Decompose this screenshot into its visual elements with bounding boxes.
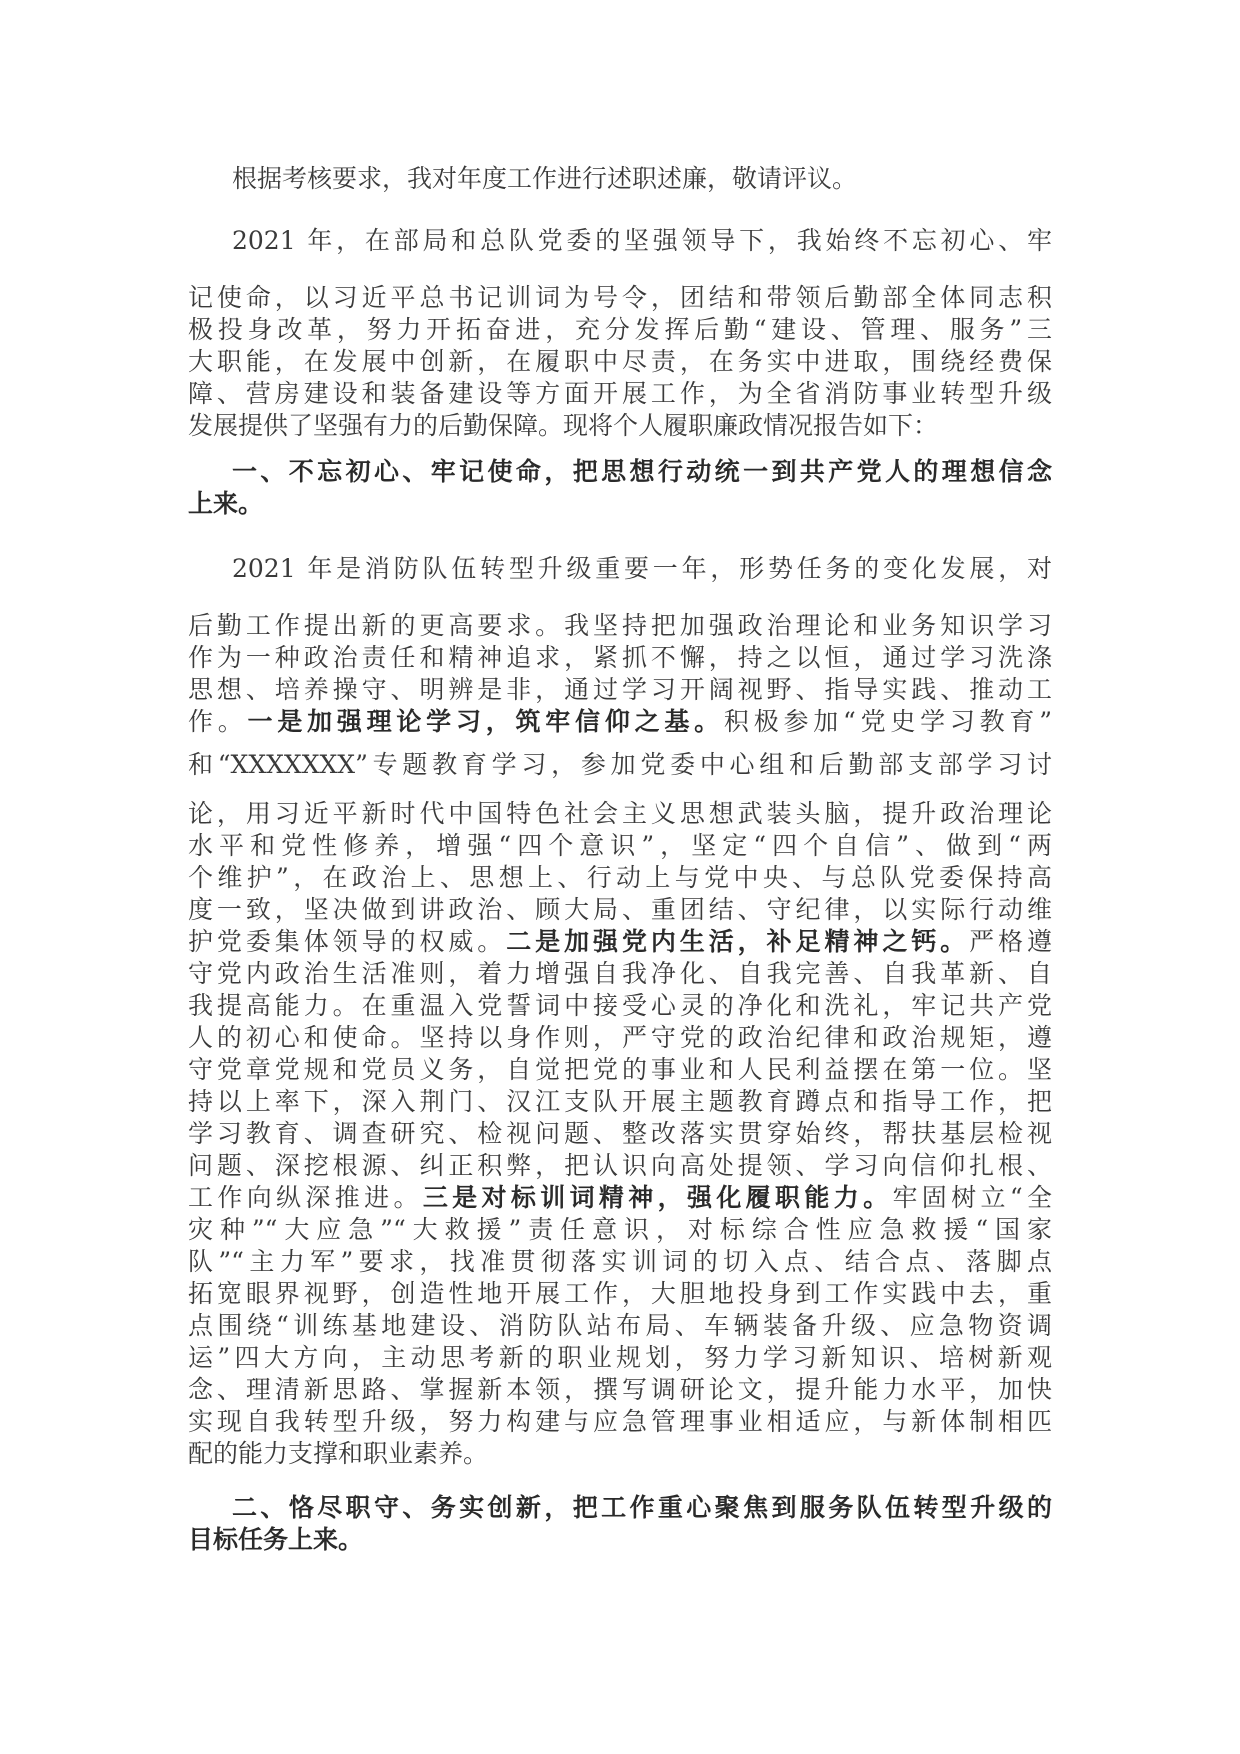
bold-subheading-3: 三是对标训词精神，强化履职能力。 [423,1183,893,1212]
paragraph-1-line: 极投身改革，努力开拓奋进，充分发挥后勤“建设、管理、服务”三 [188,314,1052,346]
paragraph-2-line: 念、理清新思路、掌握新本领，撰写调研论文，提升能力水平，加快 [188,1374,1052,1406]
paragraph-2-line: 学习教育、调查研究、检视问题、整改落实贯穿始终，帮扶基层检视 [188,1118,1052,1150]
text: 严格遵 [969,927,1052,956]
paragraph-2-line: 守党章党规和党员义务，自觉把党的事业和人民利益摆在第一位。坚 [188,1054,1052,1086]
paragraph-2-line: 2021 年是消防队伍转型升级重要一年，形势任务的变化发展，对 [232,553,1052,585]
paragraph-2-line: 水平和党性修养，增强“四个意识”，坚定“四个自信”、做到“两 [188,830,1052,862]
paragraph-2-line: 护党委集体领导的权威。二是加强党内生活，补足精神之钙。严格遵 [188,926,1052,958]
paragraph-2-line: 和“XXXXXXX”专题教育学习，参加党委中心组和后勤部支部学习讨 [188,749,1052,781]
paragraph-2-line: 思想、培养操守、明辨是非，通过学习开阔视野、指导实践、推动工 [188,674,1052,706]
paragraph-1-line: 2021 年，在部局和总队党委的坚强领导下，我始终不忘初心、牢 [232,225,1052,257]
paragraph-2-line: 持以上率下，深入荆门、汉江支队开展主题教育蹲点和指导工作，把 [188,1086,1052,1118]
text: 护党委集体领导的权威。 [188,927,506,956]
paragraph-2-line: 运”四大方向，主动思考新的职业规划，努力学习新知识、培树新观 [188,1342,1052,1374]
paragraph-1-line: 大职能，在发展中创新，在履职中尽责，在务实中进取，围绕经费保 [188,346,1052,378]
paragraph-2-line: 灾种”“大应急”“大救援”责任意识，对标综合性应急救援“国家 [188,1214,1052,1246]
paragraph-2-line: 作为一种政治责任和精神追求，紧抓不懈，持之以恒，通过学习洗涤 [188,642,1052,674]
document-page: 根据考核要求，我对年度工作进行述职述廉，敬请评议。 2021 年，在部局和总队党… [0,0,1240,1754]
text: 工作向纵深推进。 [188,1183,423,1212]
paragraph-2-line: 配的能力支撑和职业素养。 [188,1438,1052,1470]
paragraph-2-line: 队”“主力军”要求，找准贯彻落实训词的切入点、结合点、落脚点 [188,1246,1052,1278]
paragraph-2-line: 人的初心和使命。坚持以身作则，严守党的政治纪律和政治规矩，遵 [188,1022,1052,1054]
paragraph-2-line: 拓宽眼界视野，创造性地开展工作，大胆地投身到工作实践中去，重 [188,1278,1052,1310]
paragraph-2-line: 工作向纵深推进。三是对标训词精神，强化履职能力。牢固树立“全 [188,1182,1052,1214]
paragraph-2-line: 守党内政治生活准则，着力增强自我净化、自我完善、自我革新、自 [188,958,1052,990]
paragraph-2-line: 我提高能力。在重温入党誓词中接受心灵的净化和洗礼，牢记共产党 [188,990,1052,1022]
section-heading-2: 目标任务上来。 [188,1524,1052,1556]
paragraph-2-line: 论，用习近平新时代中国特色社会主义思想武装头脑，提升政治理论 [188,798,1052,830]
paragraph-1-line: 障、营房建设和装备建设等方面开展工作，为全省消防事业转型升级 [188,378,1052,410]
bold-subheading-2: 二是加强党内生活，补足精神之钙。 [506,927,969,956]
intro-paragraph: 根据考核要求，我对年度工作进行述职述廉，敬请评议。 [232,163,1052,195]
paragraph-2-line: 点围绕“训练基地建设、消防队站布局、车辆装备升级、应急物资调 [188,1310,1052,1342]
section-heading-2: 二、恪尽职守、务实创新，把工作重心聚焦到服务队伍转型升级的 [232,1492,1052,1524]
section-heading-1: 上来。 [188,488,1052,520]
text: 作。 [188,707,248,736]
paragraph-2-line: 实现自我转型升级，努力构建与应急管理事业相适应，与新体制相匹 [188,1406,1052,1438]
text: 积极参加“党史学习教育” [724,707,1052,736]
text: 牢固树立“全 [892,1183,1052,1212]
bold-subheading-1: 一是加强理论学习，筑牢信仰之基。 [248,707,724,736]
paragraph-2-line: 作。一是加强理论学习，筑牢信仰之基。积极参加“党史学习教育” [188,706,1052,738]
paragraph-2-line: 度一致，坚决做到讲政治、顾大局、重团结、守纪律，以实际行动维 [188,894,1052,926]
paragraph-2-line: 个维护”，在政治上、思想上、行动上与党中央、与总队党委保持高 [188,862,1052,894]
paragraph-2-line: 后勤工作提出新的更高要求。我坚持把加强政治理论和业务知识学习 [188,610,1052,642]
section-heading-1: 一、不忘初心、牢记使命，把思想行动统一到共产党人的理想信念 [232,456,1052,488]
paragraph-1-line: 记使命，以习近平总书记训词为号令，团结和带领后勤部全体同志积 [188,282,1052,314]
paragraph-2-line: 问题、深挖根源、纠正积弊，把认识向高处提领、学习向信仰扎根、 [188,1150,1052,1182]
paragraph-1-line: 发展提供了坚强有力的后勤保障。现将个人履职廉政情况报告如下： [188,410,1052,442]
